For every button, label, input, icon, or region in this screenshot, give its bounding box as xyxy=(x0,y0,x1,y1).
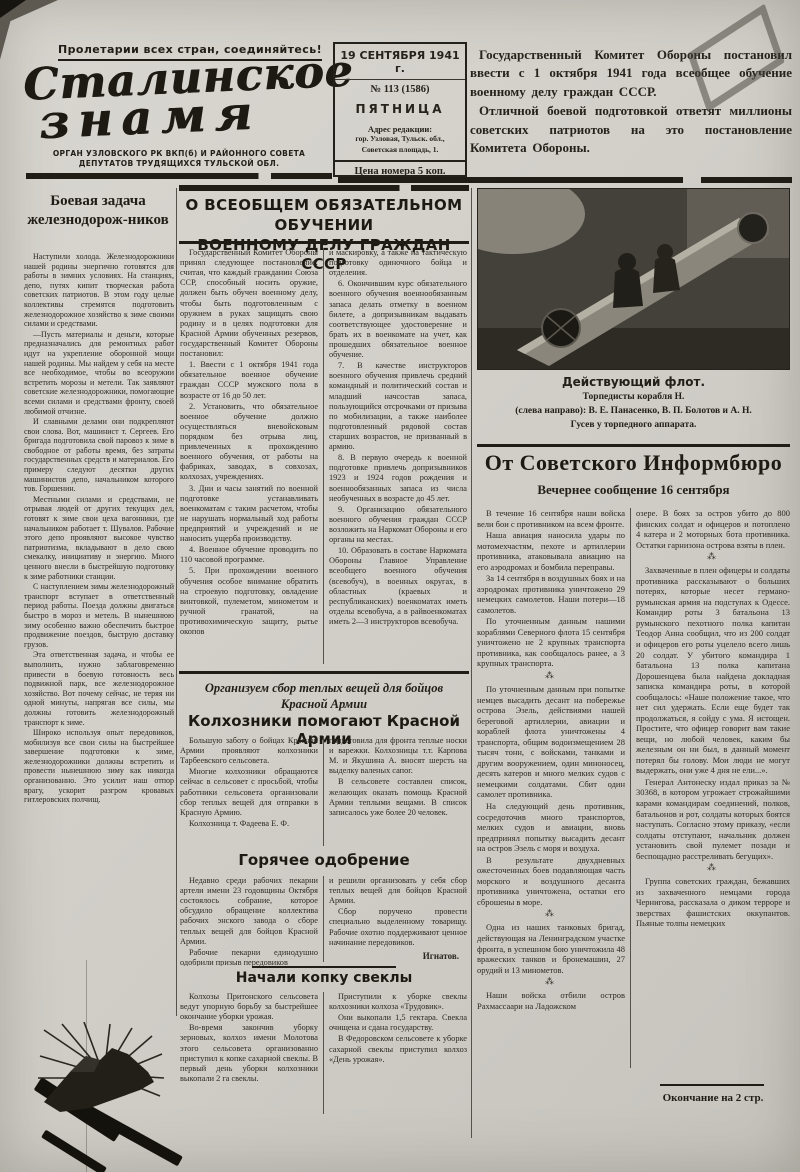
paragraph: Недавно среди рабочих пекарни артели име… xyxy=(180,876,318,947)
paragraph: За 14 сентября в воздушных боях и на аэр… xyxy=(477,573,625,615)
paragraph: ⁂ xyxy=(636,863,790,874)
photo-caption-title: Действующий флот. xyxy=(477,374,790,391)
paragraph: озере. В боях за остров убито до 800 фин… xyxy=(636,508,790,550)
caption-rule xyxy=(477,444,790,447)
paragraph: В сельсовете составлен список, желающих … xyxy=(329,777,467,817)
paragraph: Наши войска отбили остров Рахмассаари на… xyxy=(477,990,625,1011)
decree-column-2: и маскировку, а также на тактическую под… xyxy=(329,248,467,666)
paragraph: подготовила для фронта теплые носки и ва… xyxy=(329,736,467,776)
paragraph: 9. Организацию обязательного военного об… xyxy=(329,505,467,545)
paragraph: Сбор поручено провести специально выделе… xyxy=(329,907,467,947)
beets-column-1: Колхозы Притонского сельсовета ведут упо… xyxy=(180,992,318,1120)
informburo-column-1: В течение 16 сентября наши войска вели б… xyxy=(477,508,625,1126)
approval-column-2: и решили организовать у себя сбор теплых… xyxy=(329,876,467,966)
paragraph: Они выкопали 1,5 гектара. Свекла очищена… xyxy=(329,1013,467,1033)
armored-train-illustration xyxy=(36,1022,166,1114)
approval-column-2-text: и решили организовать у себя сбор теплых… xyxy=(329,876,467,948)
continuation-note: Окончание на 2 стр. xyxy=(636,1092,790,1104)
paragraph: Наша авиация наносила удары по мотомехча… xyxy=(477,530,625,572)
paragraph: и решили организовать у себя сбор теплых… xyxy=(329,876,467,906)
paragraph: Захваченные в плен офицеры и солдаты про… xyxy=(636,565,790,776)
header-rule xyxy=(338,177,792,183)
issue-price: Цена номера 5 коп. xyxy=(335,160,465,177)
kolkhoz-column-1: Большую заботу о бойцах Красной Армии пр… xyxy=(180,736,318,848)
beets-headline: Начали копку свеклы xyxy=(178,970,470,986)
paragraph: С наступлением зимы железнодорожный тран… xyxy=(24,582,174,649)
paragraph: Эта ответственная задача, и чтобы ее вып… xyxy=(24,650,174,727)
informburo-column-rule xyxy=(630,508,631,1068)
issue-number: № 113 (1586) xyxy=(335,84,465,95)
paragraph: Большую заботу о бойцах Красной Армии пр… xyxy=(180,736,318,766)
editorial-address-line2: Советская площадь, 1. xyxy=(335,145,465,156)
paragraph: Наступили холода. Железнодорожники нашей… xyxy=(24,252,174,329)
paragraph: Колхозы Притонского сельсовета ведут упо… xyxy=(180,992,318,1022)
decree-headline-line1: О ВСЕОБЩЕМ ОБЯЗАТЕЛЬНОМ ОБУЧЕНИИ xyxy=(178,196,470,236)
paragraph: ⁂ xyxy=(477,977,625,988)
paragraph: 3. Дни и часы занятий по военной подгото… xyxy=(180,484,318,545)
paragraph: Колхозница т. Фадеева Е. Ф. xyxy=(180,819,318,829)
newspaper-page: Пролетарии всех стран, соединяйтесь! Ста… xyxy=(0,0,800,1172)
organ-line2: ДЕПУТАТОВ ТРУДЯЩИХСЯ ТУЛЬСКОЙ ОБЛ. xyxy=(22,159,336,169)
organ-line1: ОРГАН УЗЛОВСКОГО РК ВКП(б) И РАЙОННОГО С… xyxy=(22,149,336,159)
newspaper-title: Сталинское знамя xyxy=(22,51,341,145)
paragraph: 2. Установить, что обязательное военное … xyxy=(180,402,318,483)
informburo-subhead: Вечернее сообщение 16 сентября xyxy=(477,482,790,498)
fleet-photo xyxy=(477,188,790,370)
decree-column-1: Государственный Комитет Обороны принял с… xyxy=(180,248,318,666)
article-signature: Игнатов. xyxy=(329,951,467,961)
paragraph: —Пусть материалы и деньги, которые предн… xyxy=(24,330,174,416)
torn-paper-mark xyxy=(41,1130,107,1172)
paragraph: 10. Образовать в составе Наркомата Оборо… xyxy=(329,546,467,627)
beets-column-rule xyxy=(323,992,324,1114)
editorial-address-line1: гор. Узловая, Тульск. обл., xyxy=(335,134,465,145)
paragraph: 6. Окончившим курс обязательного военног… xyxy=(329,279,467,360)
section-divider-rule xyxy=(179,671,469,674)
kolkhoz-column-2: подготовила для фронта теплые носки и ва… xyxy=(329,736,467,848)
paragraph: Одна из наших танковых бригад, действующ… xyxy=(477,922,625,975)
approval-column-1: Недавно среди рабочих пекарни артели име… xyxy=(180,876,318,966)
paragraph: 1. Ввести с 1 октября 1941 года обязател… xyxy=(180,360,318,400)
paragraph: 7. В качестве инструкторов военного обуч… xyxy=(329,361,467,452)
paragraph: Государственный Комитет Обороны принял с… xyxy=(180,248,318,359)
paragraph: И славными делами они подкрепляют свои с… xyxy=(24,417,174,494)
decree-column-rule xyxy=(323,248,324,664)
beets-top-rule xyxy=(252,966,396,968)
informburo-column-2: озере. В боях за остров убито до 800 фин… xyxy=(636,508,790,1080)
warm-things-kicker: Организуем сбор теплых вещей для бойцов … xyxy=(178,681,470,712)
decree-top-rule xyxy=(179,185,469,191)
paragraph: По уточненным данным нашими кораблями Се… xyxy=(477,616,625,669)
photo-caption-line3: Гусев у торпедного аппарата. xyxy=(477,419,790,433)
paragraph: 5. При прохождении военного обучения осо… xyxy=(180,566,318,637)
paragraph: Рабочие пекарни единодушно одобрили приз… xyxy=(180,948,318,966)
issue-info-box: 19 СЕНТЯБРЯ 1941 г. № 113 (1586) ПЯТНИЦА… xyxy=(333,42,467,177)
railway-article-text: Наступили холода. Железнодорожники нашей… xyxy=(24,252,174,1016)
organ-statement: ОРГАН УЗЛОВСКОГО РК ВКП(б) И РАЙОННОГО С… xyxy=(22,149,336,169)
paragraph: В результате двухдневных ожесточенных бо… xyxy=(477,855,625,908)
railway-article-title: Боевая задача железнодорож-ников xyxy=(22,192,174,230)
photo-caption-line1: Торпедисты корабля Н. xyxy=(477,391,790,405)
paragraph: На следующий день противник, сосредоточи… xyxy=(477,801,625,854)
paragraph: Во-время закончив уборку зерновых, колхо… xyxy=(180,1023,318,1084)
issue-weekday: ПЯТНИЦА xyxy=(335,102,465,116)
informburo-headline: От Советского Информбюро xyxy=(477,450,790,476)
issue-date: 19 СЕНТЯБРЯ 1941 г. xyxy=(335,49,465,80)
paragraph: ⁂ xyxy=(477,671,625,682)
approval-headline: Горячее одобрение xyxy=(178,851,470,869)
kolkhoz-column-rule xyxy=(323,736,324,846)
masthead-rule xyxy=(26,173,332,179)
approval-column-rule xyxy=(323,876,324,962)
kicker-line2: Красной Армии xyxy=(178,697,470,713)
paragraph: Многие колхозники обращаются сейчас в се… xyxy=(180,767,318,818)
column-rule xyxy=(471,188,472,1138)
paragraph: 4. Военное обучение проводить по 110 час… xyxy=(180,545,318,565)
paragraph: Группа советских граждан, бежавших из за… xyxy=(636,876,790,929)
editorial-address-label: Адрес редакции: xyxy=(335,124,465,134)
paragraph: В течение 16 сентября наши войска вели б… xyxy=(477,508,625,529)
paragraph: 8. В первую очередь к военной подготовке… xyxy=(329,453,467,504)
paragraph: Приступили к уборке свеклы колхозники ко… xyxy=(329,992,467,1012)
paragraph: В Федоровском сельсовете к уборке сахарн… xyxy=(329,1034,467,1064)
beets-column-2: Приступили к уборке свеклы колхозники ко… xyxy=(329,992,467,1120)
paragraph: По уточненным данным при попытке немцев … xyxy=(477,684,625,800)
lead-paragraph: Отличной боевой подготовкой ответят милл… xyxy=(470,102,792,157)
continuation-rule xyxy=(660,1084,764,1086)
paragraph: Широко используя опыт передовиков, мобил… xyxy=(24,728,174,805)
column-rule xyxy=(176,188,177,1016)
paragraph: Генерал Антонеску издал приказ за № 3036… xyxy=(636,777,790,861)
kicker-line1: Организуем сбор теплых вещей для бойцов xyxy=(178,681,470,697)
decree-underline-rule xyxy=(179,241,469,244)
photo-caption-line2: (слева направо): В. Е. Панасенко, В. П. … xyxy=(477,405,790,419)
paragraph: и маскировку, а также на тактическую под… xyxy=(329,248,467,278)
paragraph: ⁂ xyxy=(477,909,625,920)
paragraph: ⁂ xyxy=(636,552,790,563)
photo-caption: Действующий флот. Торпедисты корабля Н. … xyxy=(477,374,790,433)
paragraph: Местными силами и средствами, не отрывая… xyxy=(24,495,174,581)
